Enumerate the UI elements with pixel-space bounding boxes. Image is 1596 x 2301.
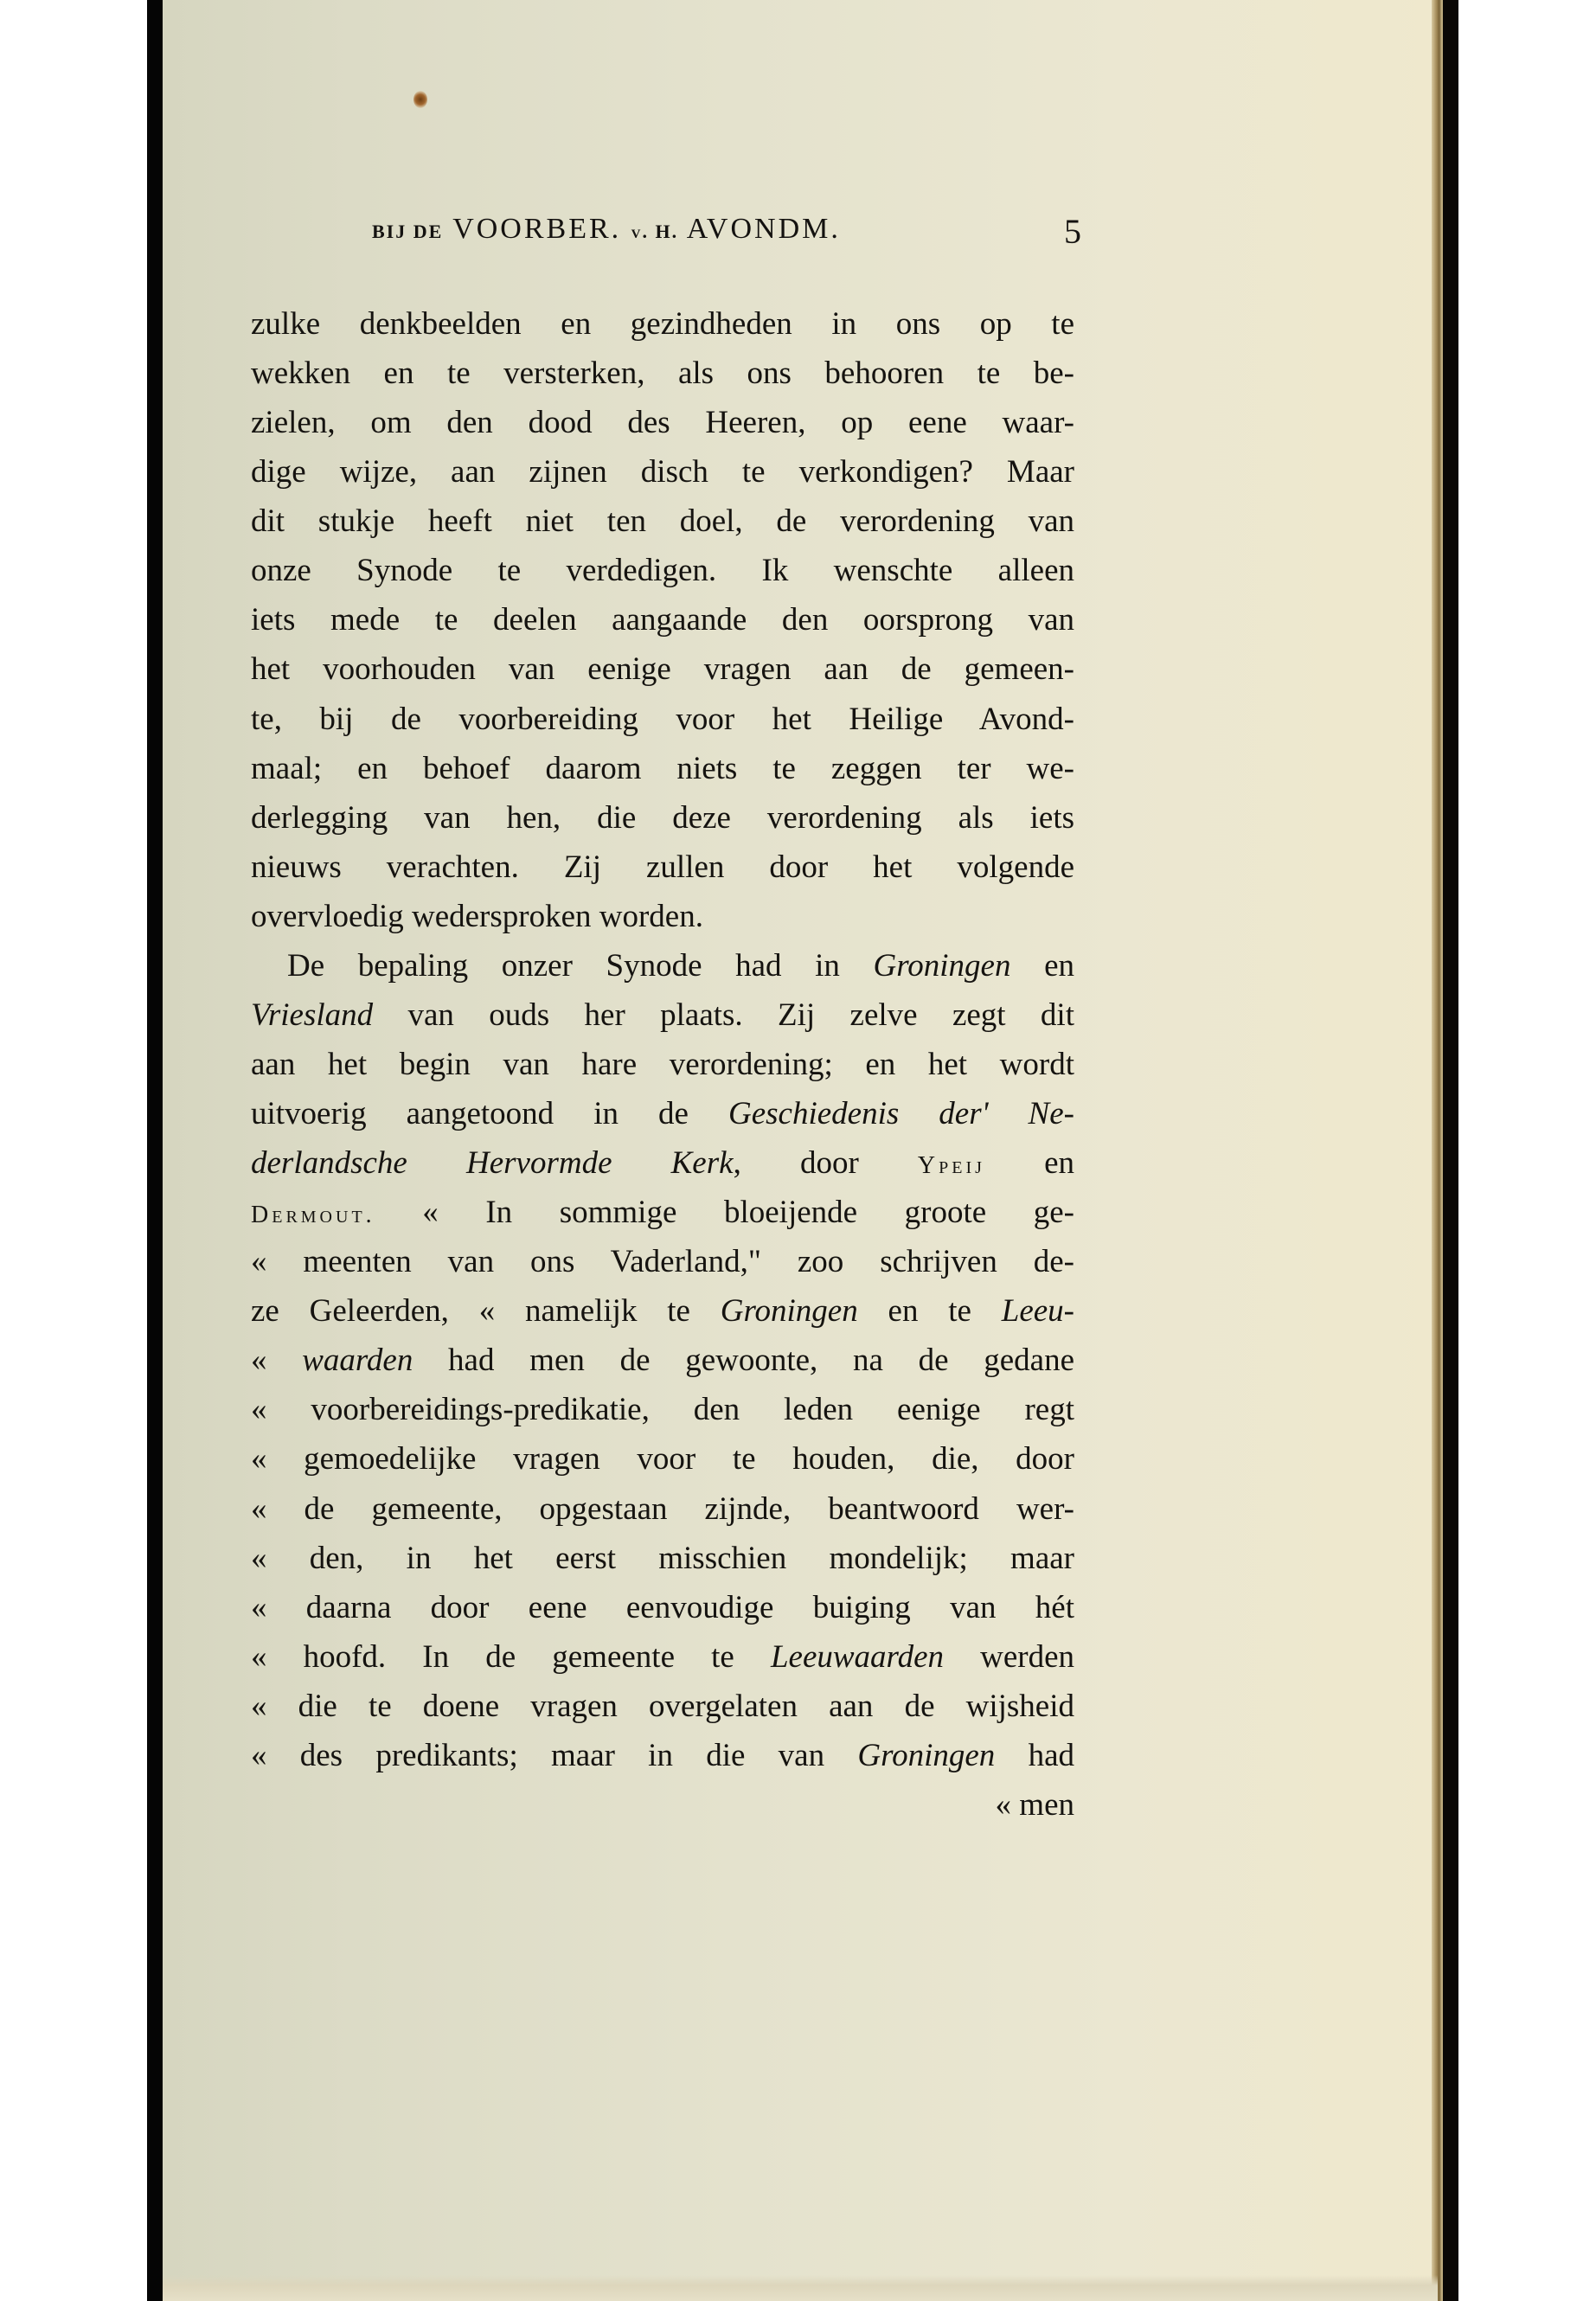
text-segment: nieuws verachten. Zij zullen door het vo… — [251, 849, 1074, 885]
text-line: uitvoerig aangetoond in de Geschiedenis … — [251, 1089, 1074, 1138]
water-stain-edge — [163, 2275, 1438, 2301]
italic-segment: Leeuwaarden — [771, 1639, 944, 1675]
text-segment: het voorhouden van eenige vragen aan de … — [251, 651, 1074, 687]
running-head-main: VOORBER. — [452, 213, 621, 245]
text-line: De bepaling onzer Synode had in Groninge… — [251, 941, 1074, 990]
catchword: « men — [251, 1780, 1074, 1830]
running-head-mid: v. H. — [631, 221, 678, 242]
text-line: « waarden had men de gewoonte, na de ged… — [251, 1336, 1074, 1385]
running-head-title: BIJ DE VOORBER. v. H. AVONDM. — [372, 213, 841, 246]
text-segment: « In sommige bloeijende groote ge- — [375, 1195, 1074, 1230]
text-segment: « die te doene vragen overgelaten aan de… — [251, 1689, 1074, 1724]
text-segment: overvloedig wedersproken worden. — [251, 899, 703, 934]
text-segment: te, bij de voorbereiding voor het Heilig… — [251, 702, 1074, 737]
scan-border-right — [1443, 0, 1458, 2301]
text-segment: « voorbereidings-predikatie, den leden e… — [251, 1392, 1074, 1427]
text-segment: dige wijze, aan zijnen disch te verkondi… — [251, 454, 1074, 490]
text-line: « de gemeente, opgestaan zijnde, beantwo… — [251, 1484, 1074, 1534]
text-segment: , door — [734, 1145, 918, 1181]
text-segment: en — [1010, 948, 1074, 984]
italic-segment: derlandsche Hervormde Kerk — [251, 1145, 734, 1181]
text-segment: aan het begin van hare verordening; en h… — [251, 1047, 1074, 1082]
text-line: overvloedig wedersproken worden. — [251, 892, 1074, 941]
text-segment: maal; en behoef daarom niets te zeggen t… — [251, 751, 1074, 786]
scan-border-left — [147, 0, 164, 2301]
text-line: aan het begin van hare verordening; en h… — [251, 1040, 1074, 1089]
text-segment: had men de gewoonte, na de gedane — [413, 1343, 1074, 1378]
text-segment: onze Synode te verdedigen. Ik wenschte a… — [251, 553, 1074, 588]
text-line: wekken en te versterken, als ons behoore… — [251, 349, 1074, 398]
text-segment: « daarna door eene eenvoudige buiging va… — [251, 1590, 1074, 1625]
text-segment: uitvoerig aangetoond in de — [251, 1096, 728, 1131]
text-segment: dit stukje heeft niet ten doel, de veror… — [251, 503, 1074, 539]
text-segment: en te — [858, 1293, 1002, 1329]
text-segment: ze Geleerden, « namelijk te — [251, 1293, 721, 1329]
text-line: ze Geleerden, « namelijk te Groningen en… — [251, 1286, 1074, 1336]
text-segment: had — [995, 1738, 1074, 1773]
text-line: « voorbereidings-predikatie, den leden e… — [251, 1385, 1074, 1434]
text-line: nieuws verachten. Zij zullen door het vo… — [251, 843, 1074, 892]
running-head: BIJ DE VOORBER. v. H. AVONDM. 5 — [372, 213, 1081, 251]
text-line: « daarna door eene eenvoudige buiging va… — [251, 1583, 1074, 1632]
text-segment: « — [251, 1343, 302, 1378]
running-head-prefix: BIJ DE — [372, 221, 443, 242]
text-line: dit stukje heeft niet ten doel, de veror… — [251, 497, 1074, 546]
italic-segment: Groningen — [857, 1738, 995, 1773]
italic-segment: Groningen — [874, 948, 1011, 984]
text-line: te, bij de voorbereiding voor het Heilig… — [251, 695, 1074, 744]
text-segment: iets mede te deelen aangaande den oorspr… — [251, 602, 1074, 638]
text-segment: zulke denkbeelden en gezindheden in ons … — [251, 306, 1074, 342]
text-segment: « des predikants; maar in die van — [251, 1738, 857, 1773]
text-segment: en — [985, 1145, 1074, 1181]
text-line: dige wijze, aan zijnen disch te verkondi… — [251, 447, 1074, 497]
text-line: Vriesland van ouds her plaats. Zij zelve… — [251, 990, 1074, 1040]
body-text: zulke denkbeelden en gezindheden in ons … — [251, 299, 1074, 1830]
text-line: « gemoedelijke vragen voor te houden, di… — [251, 1434, 1074, 1484]
page-number: 5 — [1064, 211, 1081, 252]
italic-segment: Groningen — [721, 1293, 858, 1329]
text-segment: wekken en te versterken, als ons behoore… — [251, 356, 1074, 391]
small-caps-segment: Dermout. — [251, 1202, 375, 1228]
italic-segment: waarden — [302, 1343, 413, 1378]
text-line: « meenten van ons Vaderland," zoo schrij… — [251, 1237, 1074, 1286]
text-segment: « hoofd. In de gemeente te — [251, 1639, 771, 1675]
text-line: « des predikants; maar in die van Gronin… — [251, 1731, 1074, 1780]
text-line: zulke denkbeelden en gezindheden in ons … — [251, 299, 1074, 349]
running-head-end: AVONDM. — [687, 213, 841, 245]
text-line: onze Synode te verdedigen. Ik wenschte a… — [251, 546, 1074, 595]
text-line: « den, in het eerst misschien mondelijk;… — [251, 1534, 1074, 1583]
text-line: maal; en behoef daarom niets te zeggen t… — [251, 744, 1074, 793]
italic-segment: Vriesland — [251, 997, 373, 1033]
text-line: Dermout. « In sommige bloeijende groote … — [251, 1188, 1074, 1237]
text-segment: « gemoedelijke vragen voor te houden, di… — [251, 1441, 1074, 1477]
text-segment: zielen, om den dood des Heeren, op eene … — [251, 405, 1074, 440]
text-line: zielen, om den dood des Heeren, op eene … — [251, 398, 1074, 447]
text-line: derlandsche Hervormde Kerk, door Ypeij e… — [251, 1138, 1074, 1188]
italic-segment: Leeu- — [1002, 1293, 1074, 1329]
text-line: derlegging van hen, die deze verordening… — [251, 793, 1074, 843]
small-caps-segment: Ypeij — [918, 1152, 985, 1179]
text-line: het voorhouden van eenige vragen aan de … — [251, 644, 1074, 694]
text-segment: van ouds her plaats. Zij zelve zegt dit — [373, 997, 1074, 1033]
text-line: iets mede te deelen aangaande den oorspr… — [251, 595, 1074, 644]
foxing-spot — [413, 91, 427, 108]
text-segment: werden — [944, 1639, 1074, 1675]
text-segment: derlegging van hen, die deze verordening… — [251, 800, 1074, 836]
text-line: « hoofd. In de gemeente te Leeuwaarden w… — [251, 1632, 1074, 1682]
text-line: « die te doene vragen overgelaten aan de… — [251, 1682, 1074, 1731]
text-segment: « de gemeente, opgestaan zijnde, beantwo… — [251, 1491, 1074, 1527]
text-segment: « den, in het eerst misschien mondelijk;… — [251, 1541, 1074, 1576]
italic-segment: Geschiedenis der' Ne- — [728, 1096, 1074, 1131]
text-segment: De bepaling onzer Synode had in — [287, 948, 874, 984]
text-segment: « meenten van ons Vaderland," zoo schrij… — [251, 1244, 1074, 1279]
